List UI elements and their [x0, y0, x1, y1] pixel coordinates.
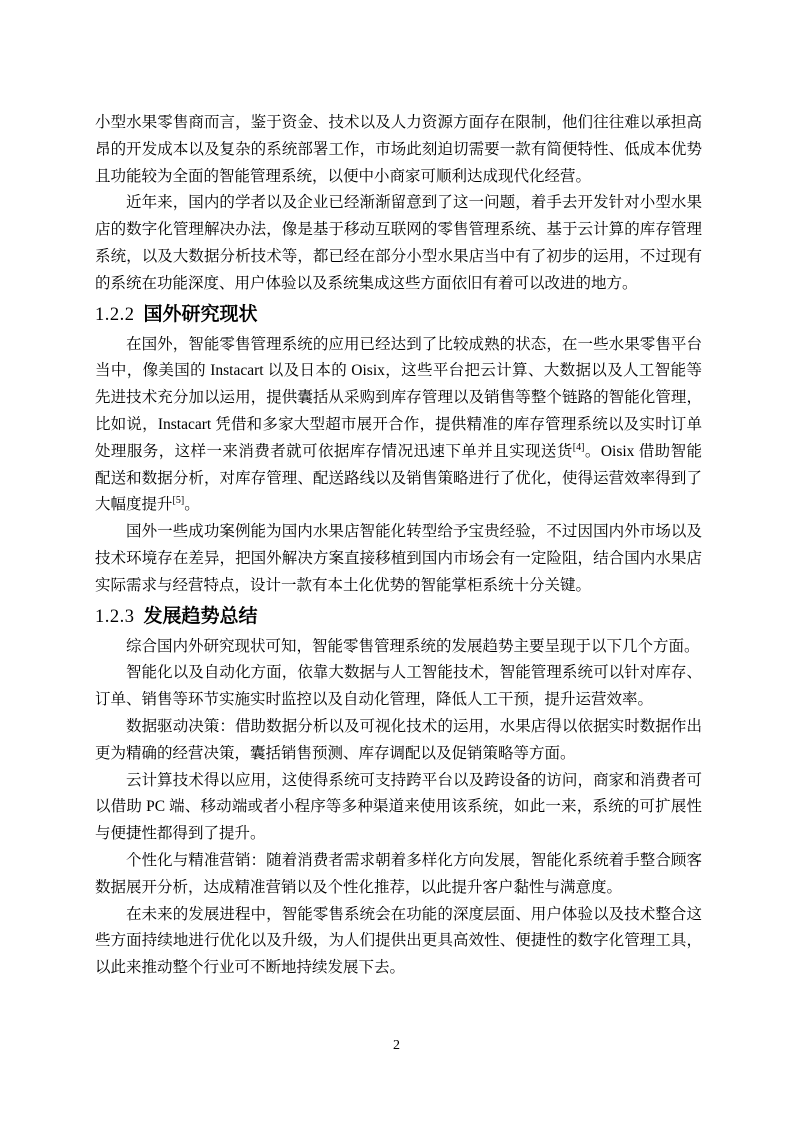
citation-ref-5: [5] — [173, 495, 185, 506]
citation-ref-4: [4] — [573, 442, 585, 453]
para-trend-personalization: 个性化与精准营销：随着消费者需求朝着多样化方向发展，智能化系统着手整合顾客数据展… — [95, 848, 702, 902]
heading-number: 1.2.2 — [95, 305, 135, 325]
para-foreign-lessons: 国外一些成功案例能为国内水果店智能化转型给予宝贵经验，不过因国内外市场以及技术环… — [95, 519, 702, 599]
para-trend-intro: 综合国内外研究现状可知，智能零售管理系统的发展趋势主要呈现于以下几个方面。 — [95, 634, 702, 661]
para-trend-automation: 智能化以及自动化方面，依靠大数据与人工智能技术，智能管理系统可以针对库存、订单、… — [95, 660, 702, 714]
section-heading-1-2-3: 1.2.3发展趋势总结 — [95, 602, 702, 632]
para-trend-cloud: 云计算技术得以应用，这使得系统可支持跨平台以及跨设备的访问，商家和消费者可以借助… — [95, 768, 702, 848]
heading-title: 国外研究现状 — [144, 304, 258, 325]
para-future-outlook: 在未来的发展进程中，智能零售系统会在功能的深度层面、用户体验以及技术整合这些方面… — [95, 902, 702, 982]
foreign-status-text-1: 在国外，智能零售管理系统的应用已经达到了比较成熟的状态，在一些水果零售平台当中，… — [95, 336, 702, 460]
para-foreign-status: 在国外，智能零售管理系统的应用已经达到了比较成熟的状态，在一些水果零售平台当中，… — [95, 332, 702, 520]
para-intro-continuation: 小型水果零售商而言，鉴于资金、技术以及人力资源方面存在限制，他们往往难以承担高昂… — [95, 110, 702, 190]
document-page: 小型水果零售商而言，鉴于资金、技术以及人力资源方面存在限制，他们往往难以承担高昂… — [0, 0, 793, 1122]
foreign-status-text-3: 。 — [184, 496, 200, 513]
page-content: 小型水果零售商而言，鉴于资金、技术以及人力资源方面存在限制，他们往往难以承担高昂… — [95, 110, 702, 982]
heading-title: 发展趋势总结 — [144, 606, 258, 627]
para-trend-data-driven: 数据驱动决策：借助数据分析以及可视化技术的运用，水果店得以依据实时数据作出更为精… — [95, 714, 702, 768]
para-domestic-progress: 近年来，国内的学者以及企业已经渐渐留意到了这一问题，着手去开发针对小型水果店的数… — [95, 190, 702, 297]
section-heading-1-2-2: 1.2.2国外研究现状 — [95, 300, 702, 330]
page-number: 2 — [0, 1038, 793, 1054]
heading-number: 1.2.3 — [95, 607, 135, 627]
